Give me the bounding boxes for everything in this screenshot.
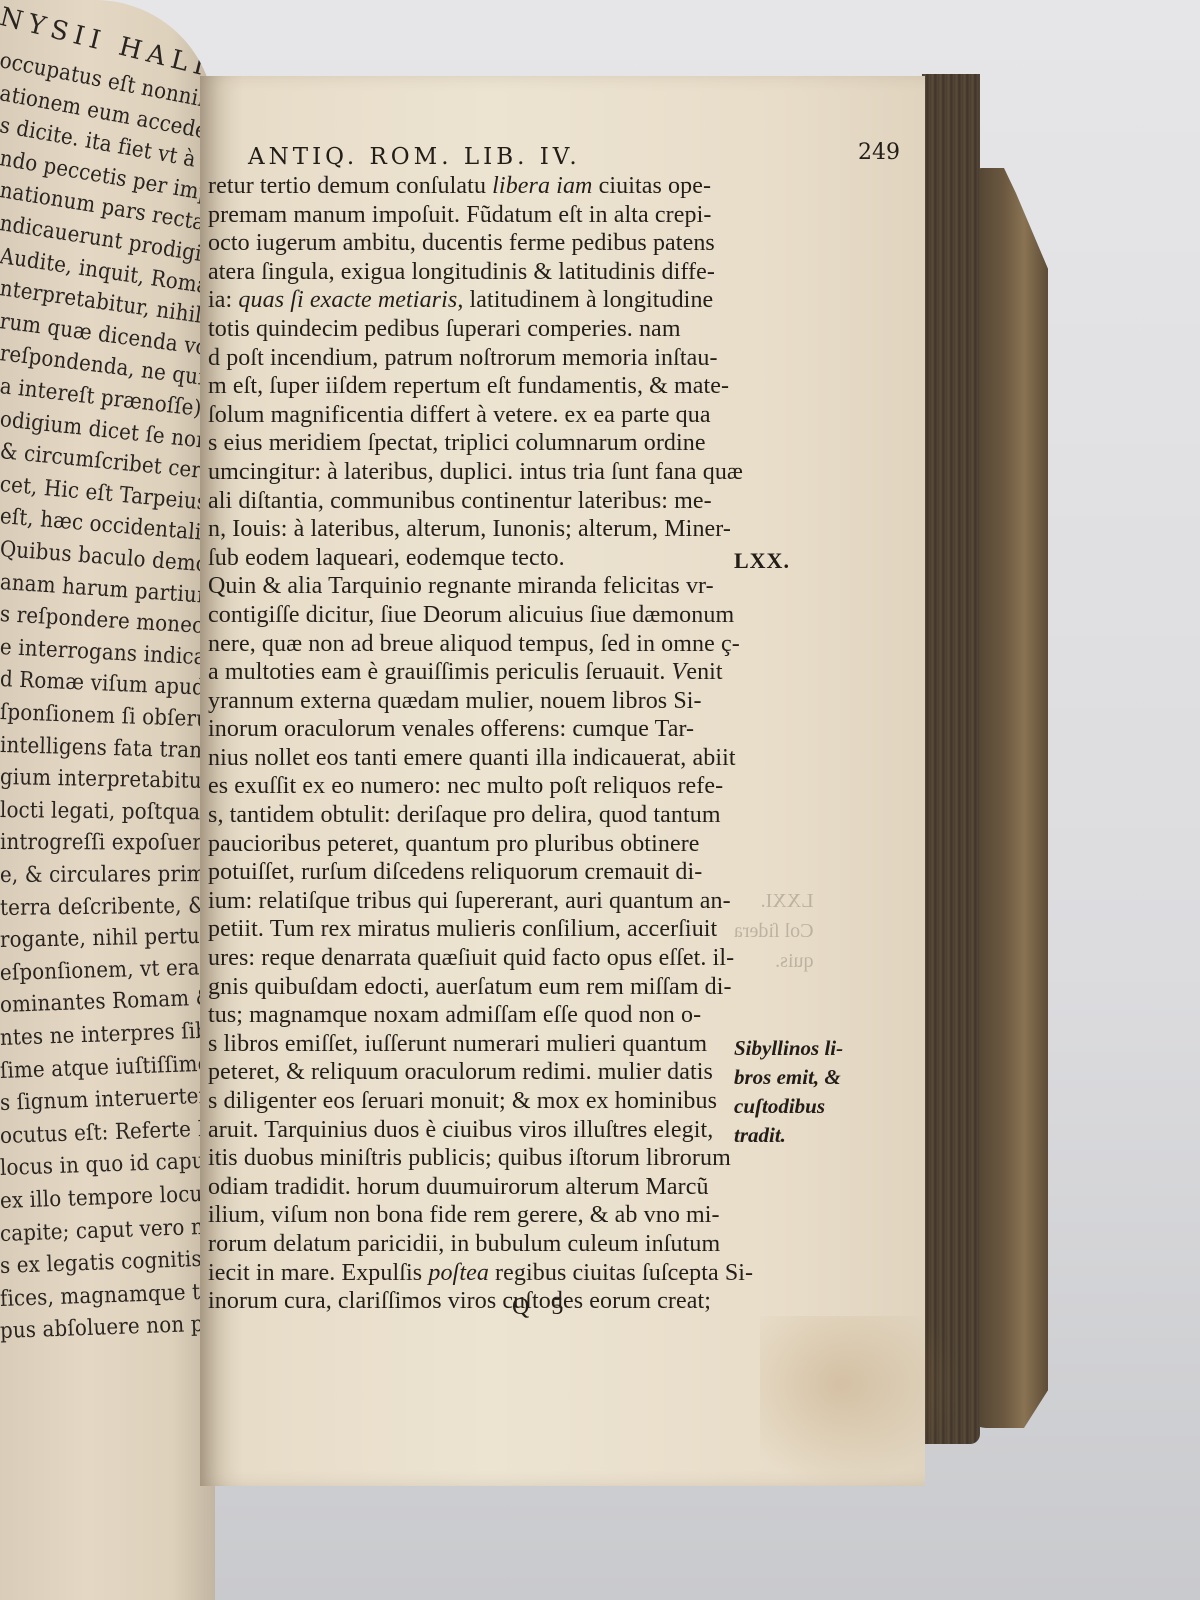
text-line: s, tantidem obtulit: deriſaque pro delir…	[208, 801, 738, 830]
left-text-line: ſponſionem ſi obſeruauer	[0, 700, 215, 734]
text-line: tus; magnamque noxam admiſſam eſſe quod …	[208, 1001, 738, 1030]
marginal-note-line: bros emit, &	[734, 1063, 843, 1092]
left-text-line: ſime atque iuſtiſſime	[0, 1051, 210, 1083]
left-text-line: s ex legatis cognitis, T	[0, 1246, 215, 1279]
left-text-line: ntes ne interpres ſibi	[0, 1019, 215, 1051]
text-line: atera ſingula, exigua longitudinis & lat…	[208, 258, 738, 287]
text-line: ſolum magnificentia differt à vetere. ex…	[208, 401, 738, 430]
right-page: ANTIQ. ROM. LIB. IV. 249 retur tertio de…	[200, 76, 925, 1486]
text-line: n, Iouis: à lateribus, alterum, Iunonis;…	[208, 515, 738, 544]
text-line: odiam tradidit. horum duumuirorum alteru…	[208, 1173, 738, 1202]
left-text-line: ominantes Romam & I	[0, 985, 215, 1018]
text-line: ures: reque denarrata quæſiuit quid fact…	[208, 944, 738, 973]
text-line: nere, quæ non ad breue aliquod tempus, ſ…	[208, 630, 738, 659]
text-line: ia: quas ſi exacte metiaris, latitudinem…	[208, 286, 738, 315]
bleed-through-line: LXXI.	[734, 886, 813, 916]
marginal-note: Sibyllinos li-bros emit, &cuſtodibustrad…	[734, 1034, 843, 1150]
left-text-line: introgreſſi expoſuerunt	[0, 830, 215, 856]
left-text-line: rogante, nihil perturba	[0, 923, 215, 953]
signature-mark: Q 5	[512, 1294, 571, 1321]
text-line: a multoties eam è grauiſſimis periculis …	[208, 658, 738, 687]
chapter-numeral: LXX.	[734, 548, 790, 574]
text-line: inorum oraculorum venales offerens: cumq…	[208, 715, 738, 744]
left-text-line: capite; caput vero no	[0, 1214, 215, 1247]
text-line: retur tertio demum conſulatu libera iam …	[208, 172, 738, 201]
text-line: ali diſtantia, communibus continentur la…	[208, 487, 738, 516]
text-line: Quin & alia Tarquinio regnante miranda f…	[208, 572, 738, 601]
marginal-note-line: Sibyllinos li-	[734, 1034, 843, 1063]
left-text-line: gium interpretabitur vobis	[0, 765, 215, 795]
text-line: s eius meridiem ſpectat, triplici column…	[208, 429, 738, 458]
text-line: ium: relatiſque tribus qui ſupererant, a…	[208, 887, 738, 916]
left-text-line: ex illo tempore locus in	[0, 1181, 215, 1214]
left-text-line: intelligens fata transferri	[0, 733, 215, 765]
text-line: paucioribus peteret, quantum pro pluribu…	[208, 830, 738, 859]
left-page: NYSII HALICAR occupatus eſt nonnihil: ſe…	[0, 0, 215, 1600]
text-line: premam manum impoſuit. Fũdatum eſt in al…	[208, 201, 738, 230]
left-text-line: fices, magnamque temp	[0, 1278, 215, 1312]
left-text-line: ocutus eſt: Referte Roma	[0, 1115, 215, 1149]
bleed-through-line: Col ſidera	[734, 916, 813, 946]
text-line: es exuſſit ex eo numero: nec multo poſt …	[208, 772, 738, 801]
left-text-line: locti legati, poſtquam ib	[0, 798, 215, 826]
text-line: ilium, viſum non bona fide rem gerere, &…	[208, 1201, 738, 1230]
marginal-note-line: cuſtodibus	[734, 1092, 843, 1121]
text-line: petiit. Tum rex miratus mulieris conſili…	[208, 915, 738, 944]
left-text-line: terra deſcribente, & per	[0, 893, 215, 921]
bleed-through-line: quis.	[734, 946, 813, 976]
text-line: octo iugerum ambitu, ducentis ferme pedi…	[208, 229, 738, 258]
left-text-line: e, & circulares primum	[0, 862, 215, 888]
text-line: ſub eodem laqueari, eodemque tecto.	[208, 544, 738, 573]
text-line: peteret, & reliquum oraculorum redimi. m…	[208, 1058, 738, 1087]
text-line: m eſt, ſuper iiſdem repertum eſt fundame…	[208, 372, 738, 401]
text-line: inorum cura, clariſſimos viros cuſtodes …	[208, 1287, 738, 1316]
text-line: potuiſſet, rurſum diſcedens reliquorum c…	[208, 858, 738, 887]
text-line: d poſt incendium, patrum noſtrorum memor…	[208, 344, 738, 373]
running-title: ANTIQ. ROM. LIB. IV.	[248, 144, 581, 170]
left-text-line: d Romæ viſum apud vat	[0, 667, 215, 702]
page-block-edge	[922, 74, 980, 1444]
left-text-line: locus in quo id caput in	[0, 1148, 215, 1181]
text-line: yrannum externa quædam mulier, nouem lib…	[208, 687, 738, 716]
bleed-through-text: LXXI.Col ſideraquis.	[734, 886, 813, 976]
text-line: itis duobus miniſtris publicis; quibus i…	[208, 1144, 738, 1173]
book-spine	[968, 168, 1048, 1428]
text-line: contigiſſe dicitur, ſiue Deorum alicuius…	[208, 601, 738, 630]
text-line: iecit in mare. Expulſis poſtea regibus c…	[208, 1259, 738, 1288]
text-line: totis quindecim pedibus ſuperari comperi…	[208, 315, 738, 344]
page-number: 249	[858, 140, 900, 165]
text-line: gnis quibuſdam edocti, auerſatum eum rem…	[208, 973, 738, 1002]
water-stain	[760, 1316, 960, 1486]
body-text: retur tertio demum conſulatu libera iam …	[208, 172, 738, 1316]
left-text-line: e interrogans indicari	[0, 635, 215, 671]
text-line: umcingitur: à lateribus, duplici. intus …	[208, 458, 738, 487]
text-line: nius nollet eos tanti emere quanti illa …	[208, 744, 738, 773]
text-line: s diligenter eos ſeruari monuit; & mox e…	[208, 1087, 738, 1116]
left-text-line: pus abſoluere non potu	[0, 1311, 215, 1344]
marginal-note-line: tradit.	[734, 1121, 843, 1150]
left-text-line: s ſignum interuertere	[0, 1084, 215, 1117]
text-line: rorum delatum paricidii, in bubulum cule…	[208, 1230, 738, 1259]
left-text-line: eſponſionem, vt erant	[0, 955, 215, 986]
book-photo: NYSII HALICAR occupatus eſt nonnihil: ſe…	[0, 0, 1200, 1600]
text-line: s libros emiſſet, iuſſerunt numerari mul…	[208, 1030, 738, 1059]
text-line: aruit. Tarquinius duos è ciuibus viros i…	[208, 1116, 738, 1145]
running-head: ANTIQ. ROM. LIB. IV. 249	[238, 138, 918, 174]
